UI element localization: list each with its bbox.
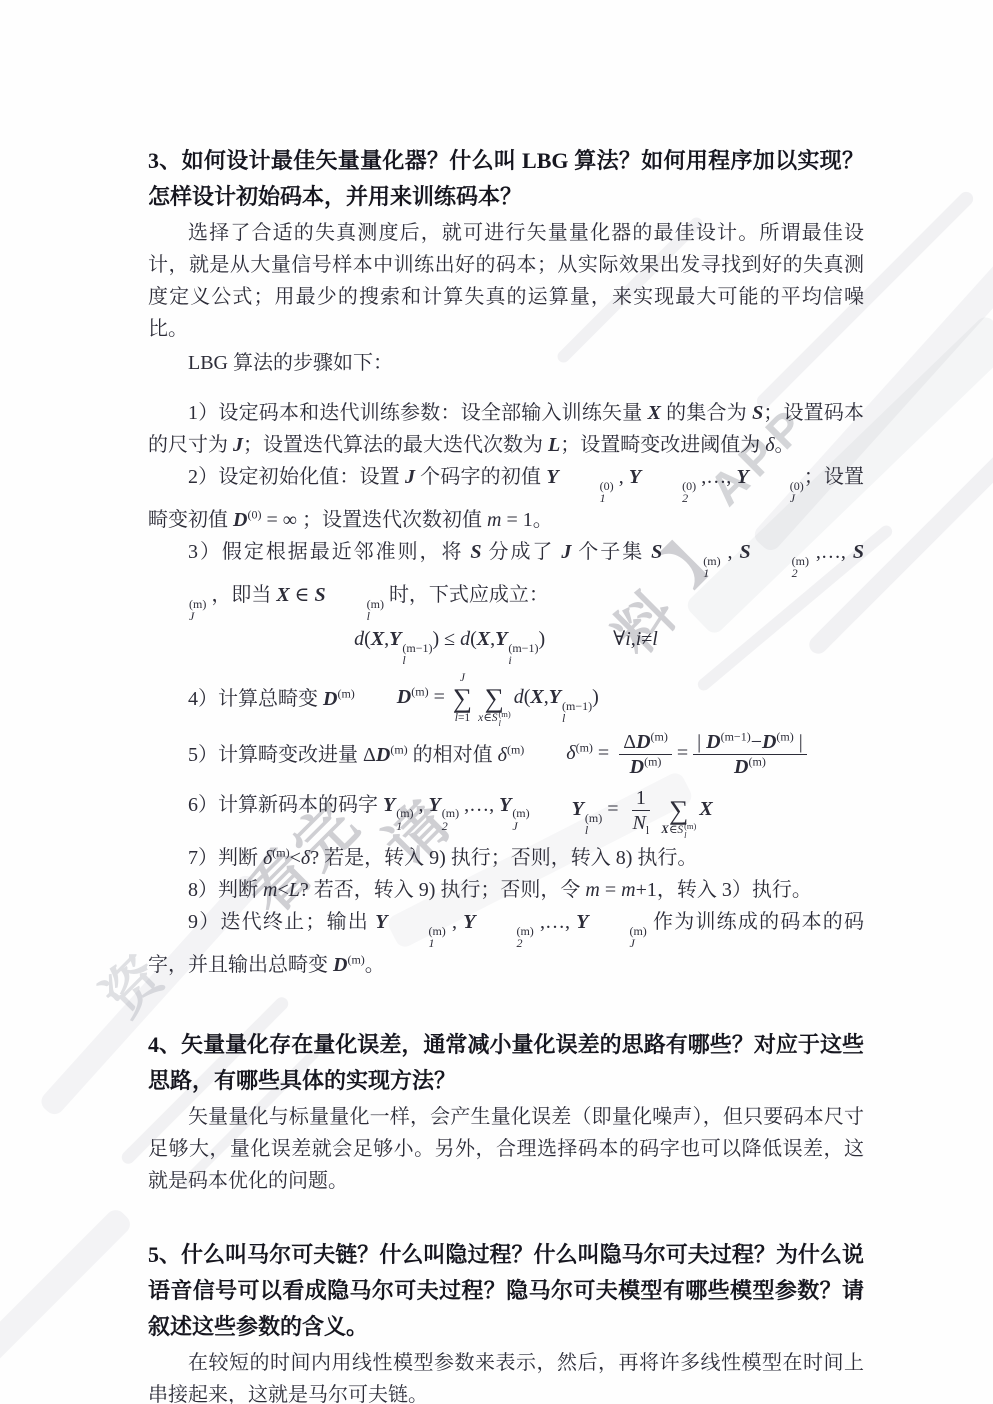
total-distortion-formula: D(m) = J∑l=1∑x∈S(m)ld(X,Y(m−1)l) bbox=[397, 672, 599, 725]
question-3-answer-paragraph: 选择了合适的失真测度后，就可进行矢量量化器的最佳设计。所谓最佳设计，就是从大量信… bbox=[148, 217, 864, 345]
relative-distortion-formula: δ(m) = ΔD(m)D(m)=| D(m−1)−D(m) |D(m) bbox=[566, 730, 811, 779]
lbg-step-5-label: 5）计算畸变改进量 ΔD(m) 的相对值 δ(m) bbox=[188, 740, 524, 770]
scan-streak bbox=[0, 1206, 134, 1394]
lbg-step-6: 6）计算新码本的码字 Y(m)1 , Y(m)2 ,…, Y(m)J Y(m)l… bbox=[188, 784, 864, 837]
lbg-step-8: 8）判断 m<L? 若否，转入 9) 执行；否则，令 m = m+1，转入 3）… bbox=[148, 874, 864, 906]
new-codeword-formula: Y(m)l = 1Nl∑X∈S(m)lX bbox=[572, 784, 713, 837]
lbg-step-5: 5）计算畸变改进量 ΔD(m) 的相对值 δ(m) δ(m) = ΔD(m)D(… bbox=[188, 730, 864, 779]
lbg-step-3: 3）假定根据最近邻准则，将 S 分成了 J 个子集 S(m)1 , S(m)2 … bbox=[148, 536, 864, 622]
lbg-steps-intro: LBG 算法的步骤如下： bbox=[148, 347, 864, 379]
nearest-neighbor-condition-formula: d(X,Y(m−1)l) ≤ d(X,Y(m−1)i)∀i,i≠l bbox=[148, 626, 864, 666]
lbg-steps-list: 1）设定码本和迭代训练参数：设全部输入训练矢量 X 的集合为 S；设置码本的尺寸… bbox=[148, 397, 864, 981]
lbg-step-7: 7）判断 δ(m)<δ? 若是，转入 9) 执行；否则，转入 8) 执行。 bbox=[148, 842, 864, 874]
lbg-step-9: 9）迭代终止；输出 Y(m)1 , Y(m)2 ,…, Y(m)J 作为训练成的… bbox=[148, 906, 864, 981]
document-page: 看 完 请 料 】 APP 资 3、如何设计最佳矢量量化器？什么叫 LBG 算法… bbox=[0, 0, 993, 1404]
question-3-heading: 3、如何设计最佳矢量量化器？什么叫 LBG 算法？如何用程序加以实现？怎样设计初… bbox=[148, 143, 864, 215]
question-4-heading: 4、矢量量化存在量化误差，通常减小量化误差的思路有哪些？对应于这些思路，有哪些具… bbox=[148, 1027, 864, 1099]
lbg-step-2: 2）设定初始化值：设置 J 个码字的初值 Y(0)1 , Y(0)2 ,…, Y… bbox=[148, 461, 864, 536]
lbg-step-4-label: 4）计算总畸变 D(m) bbox=[188, 684, 355, 714]
lbg-step-6-label: 6）计算新码本的码字 Y(m)1 , Y(m)2 ,…, Y(m)J bbox=[188, 790, 530, 832]
question-5-heading: 5、什么叫马尔可夫链？什么叫隐过程？什么叫隐马尔可夫过程？为什么说语音信号可以看… bbox=[148, 1237, 864, 1345]
lbg-step-4: 4）计算总畸变 D(m) D(m) = J∑l=1∑x∈S(m)ld(X,Y(m… bbox=[188, 672, 864, 725]
question-4-answer-paragraph: 矢量量化与标量量化一样，会产生量化误差（即量化噪声），但只要码本尺寸足够大，量化… bbox=[148, 1101, 864, 1197]
page-content: 3、如何设计最佳矢量量化器？什么叫 LBG 算法？如何用程序加以实现？怎样设计初… bbox=[148, 143, 864, 1404]
question-5-answer-paragraph: 在较短的时间内用线性模型参数来表示，然后，再将许多线性模型在时间上串接起来，这就… bbox=[148, 1347, 864, 1404]
lbg-step-1: 1）设定码本和迭代训练参数：设全部输入训练矢量 X 的集合为 S；设置码本的尺寸… bbox=[148, 397, 864, 461]
